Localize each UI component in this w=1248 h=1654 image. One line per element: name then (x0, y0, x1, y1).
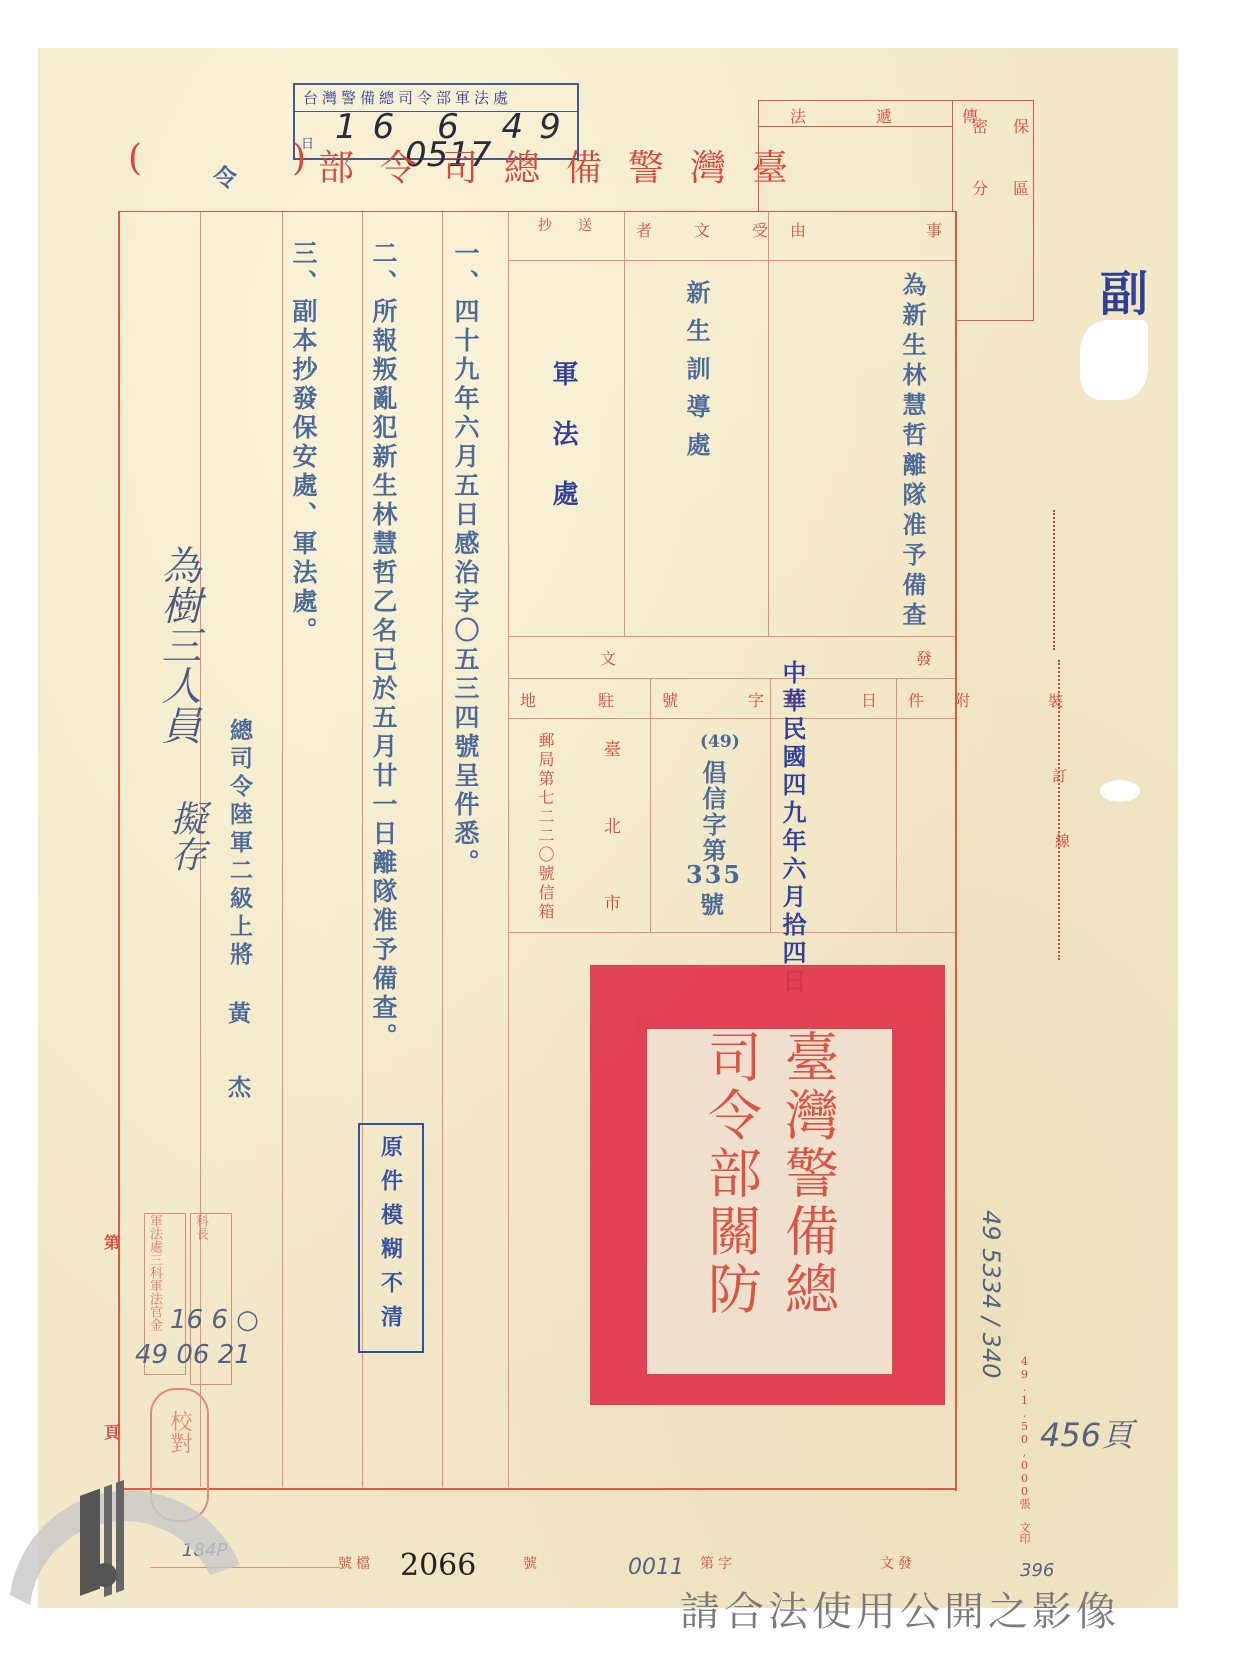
footer-issue-label: 發文 (880, 1553, 916, 1573)
handwritten-note-1: 為樹三人員 (150, 545, 207, 745)
body-item-1-number: 一、 (451, 240, 480, 298)
recipient-text: 新生訓導處 (684, 280, 708, 470)
footer-word-label: 字第 (700, 1553, 736, 1573)
footer-number-label: 號 (523, 1553, 537, 1573)
watermark: 請合法使用公開之影像 (680, 1580, 1120, 1637)
print-note: 49.1.50,000張 文印 (1016, 1355, 1032, 1544)
body-item-3: 三、副本抄發保安處、軍法處。 (291, 240, 316, 646)
cc-label-row1: 抄送 (538, 218, 618, 235)
signature-name-1: 黃 (228, 1002, 255, 1025)
small-stamp-clerk-text: 軍法處三科軍法官金 (145, 1214, 164, 1331)
agency-title: 臺灣警備總司令部 (318, 140, 814, 191)
official-seal-text: 臺灣警備總司令部關防 (693, 1029, 847, 1374)
handwritten-note-4: 49 06 21 (135, 1340, 251, 1370)
cc-text: 軍法處 (545, 360, 582, 540)
issue-number-value: 335 (686, 860, 742, 889)
official-seal: 臺灣警備總司令部關防 (590, 965, 945, 1405)
small-stamp-chief-text: 科長 (191, 1214, 210, 1240)
received-stamp-agency: 台灣警備總司令部軍法處 (303, 87, 512, 108)
page-first-label: 第 (104, 1230, 120, 1253)
blurry-notice-stamp: 原件模糊不清 (358, 1123, 424, 1353)
round-seal-text: 校對 (164, 1410, 195, 1454)
handwritten-note-3: 16 6 ○ (170, 1305, 259, 1335)
body-item-2: 二、所報叛亂犯新生林慧哲乙名已於五月廿一日離隊准予備查。 (371, 240, 396, 1052)
handwritten-note-8: 396 (1020, 1560, 1054, 1581)
handwritten-note-7: 0011 (628, 1555, 684, 1580)
issue-number-prefix: (49) (700, 732, 740, 752)
issue-attachment-label: 附件 (908, 688, 1000, 711)
official-seal-inner: 臺灣警備總司令部關防 (647, 1029, 892, 1374)
paren-open: ( (128, 138, 142, 179)
subject-text: 為新生林慧哲離隊准予備查 (900, 272, 924, 632)
subject-label: 事由 (790, 218, 1062, 241)
binding-line-label-3: 線 (1055, 830, 1070, 851)
security-label: 保密 (972, 114, 1054, 137)
signature-title: 總司令陸軍二級上將 (228, 718, 251, 970)
copy-mark: 副 (1100, 255, 1148, 324)
handwritten-note-2: 擬存 (160, 800, 211, 872)
issue-location-postbox: 郵局第七二二〇號信箱 (534, 732, 557, 922)
body-item-3-text: 副本抄發保安處、軍法處。 (289, 298, 318, 646)
punch-hole (1100, 780, 1140, 802)
archive-logo-icon (0, 1475, 250, 1654)
body-item-3-number: 三、 (289, 240, 318, 298)
recipient-label: 受文者 (636, 218, 810, 241)
handwritten-note-5: 49 5334 / 340 (977, 1210, 1005, 1378)
archive-number-label: 檔號 (338, 1553, 374, 1573)
binding-line-label-2: 訂 (1052, 765, 1067, 786)
paren-close: ) (292, 138, 306, 179)
body-item-2-number: 二、 (369, 240, 398, 298)
body-item-2-text: 所報叛亂犯新生林慧哲乙名已於五月廿一日離隊准予備查。 (369, 298, 398, 1052)
issue-number-suffix: 號 (700, 893, 728, 917)
document-type: 令 (213, 158, 237, 193)
signature-name-2: 杰 (228, 1076, 255, 1099)
issue-section-label: 發文 (600, 646, 1232, 669)
cc-label-top: 抄送 (538, 218, 618, 235)
binding-line-label-1: 裝 (1048, 690, 1063, 711)
issue-number-text: 倡信字第 (700, 760, 724, 864)
body-item-1: 一、四十九年六月五日感治字〇五三四號呈件悉。 (453, 240, 478, 878)
archive-number-value: 2066 (400, 1548, 476, 1583)
classification-label: 區分 (972, 176, 1054, 199)
page-last-label: 頁 (104, 1420, 120, 1443)
handwritten-note-6: 456頁 (1040, 1410, 1133, 1456)
issue-location-city: 臺北市 (598, 740, 623, 971)
issue-date-value: 中華民國四九年六月拾四日 (775, 660, 810, 996)
issue-location-label: 駐地 (520, 688, 676, 711)
body-item-1-text: 四十九年六月五日感治字〇五三四號呈件悉。 (451, 298, 480, 878)
paper-tear (1080, 320, 1148, 400)
blurry-notice-text: 原件模糊不清 (376, 1135, 407, 1339)
